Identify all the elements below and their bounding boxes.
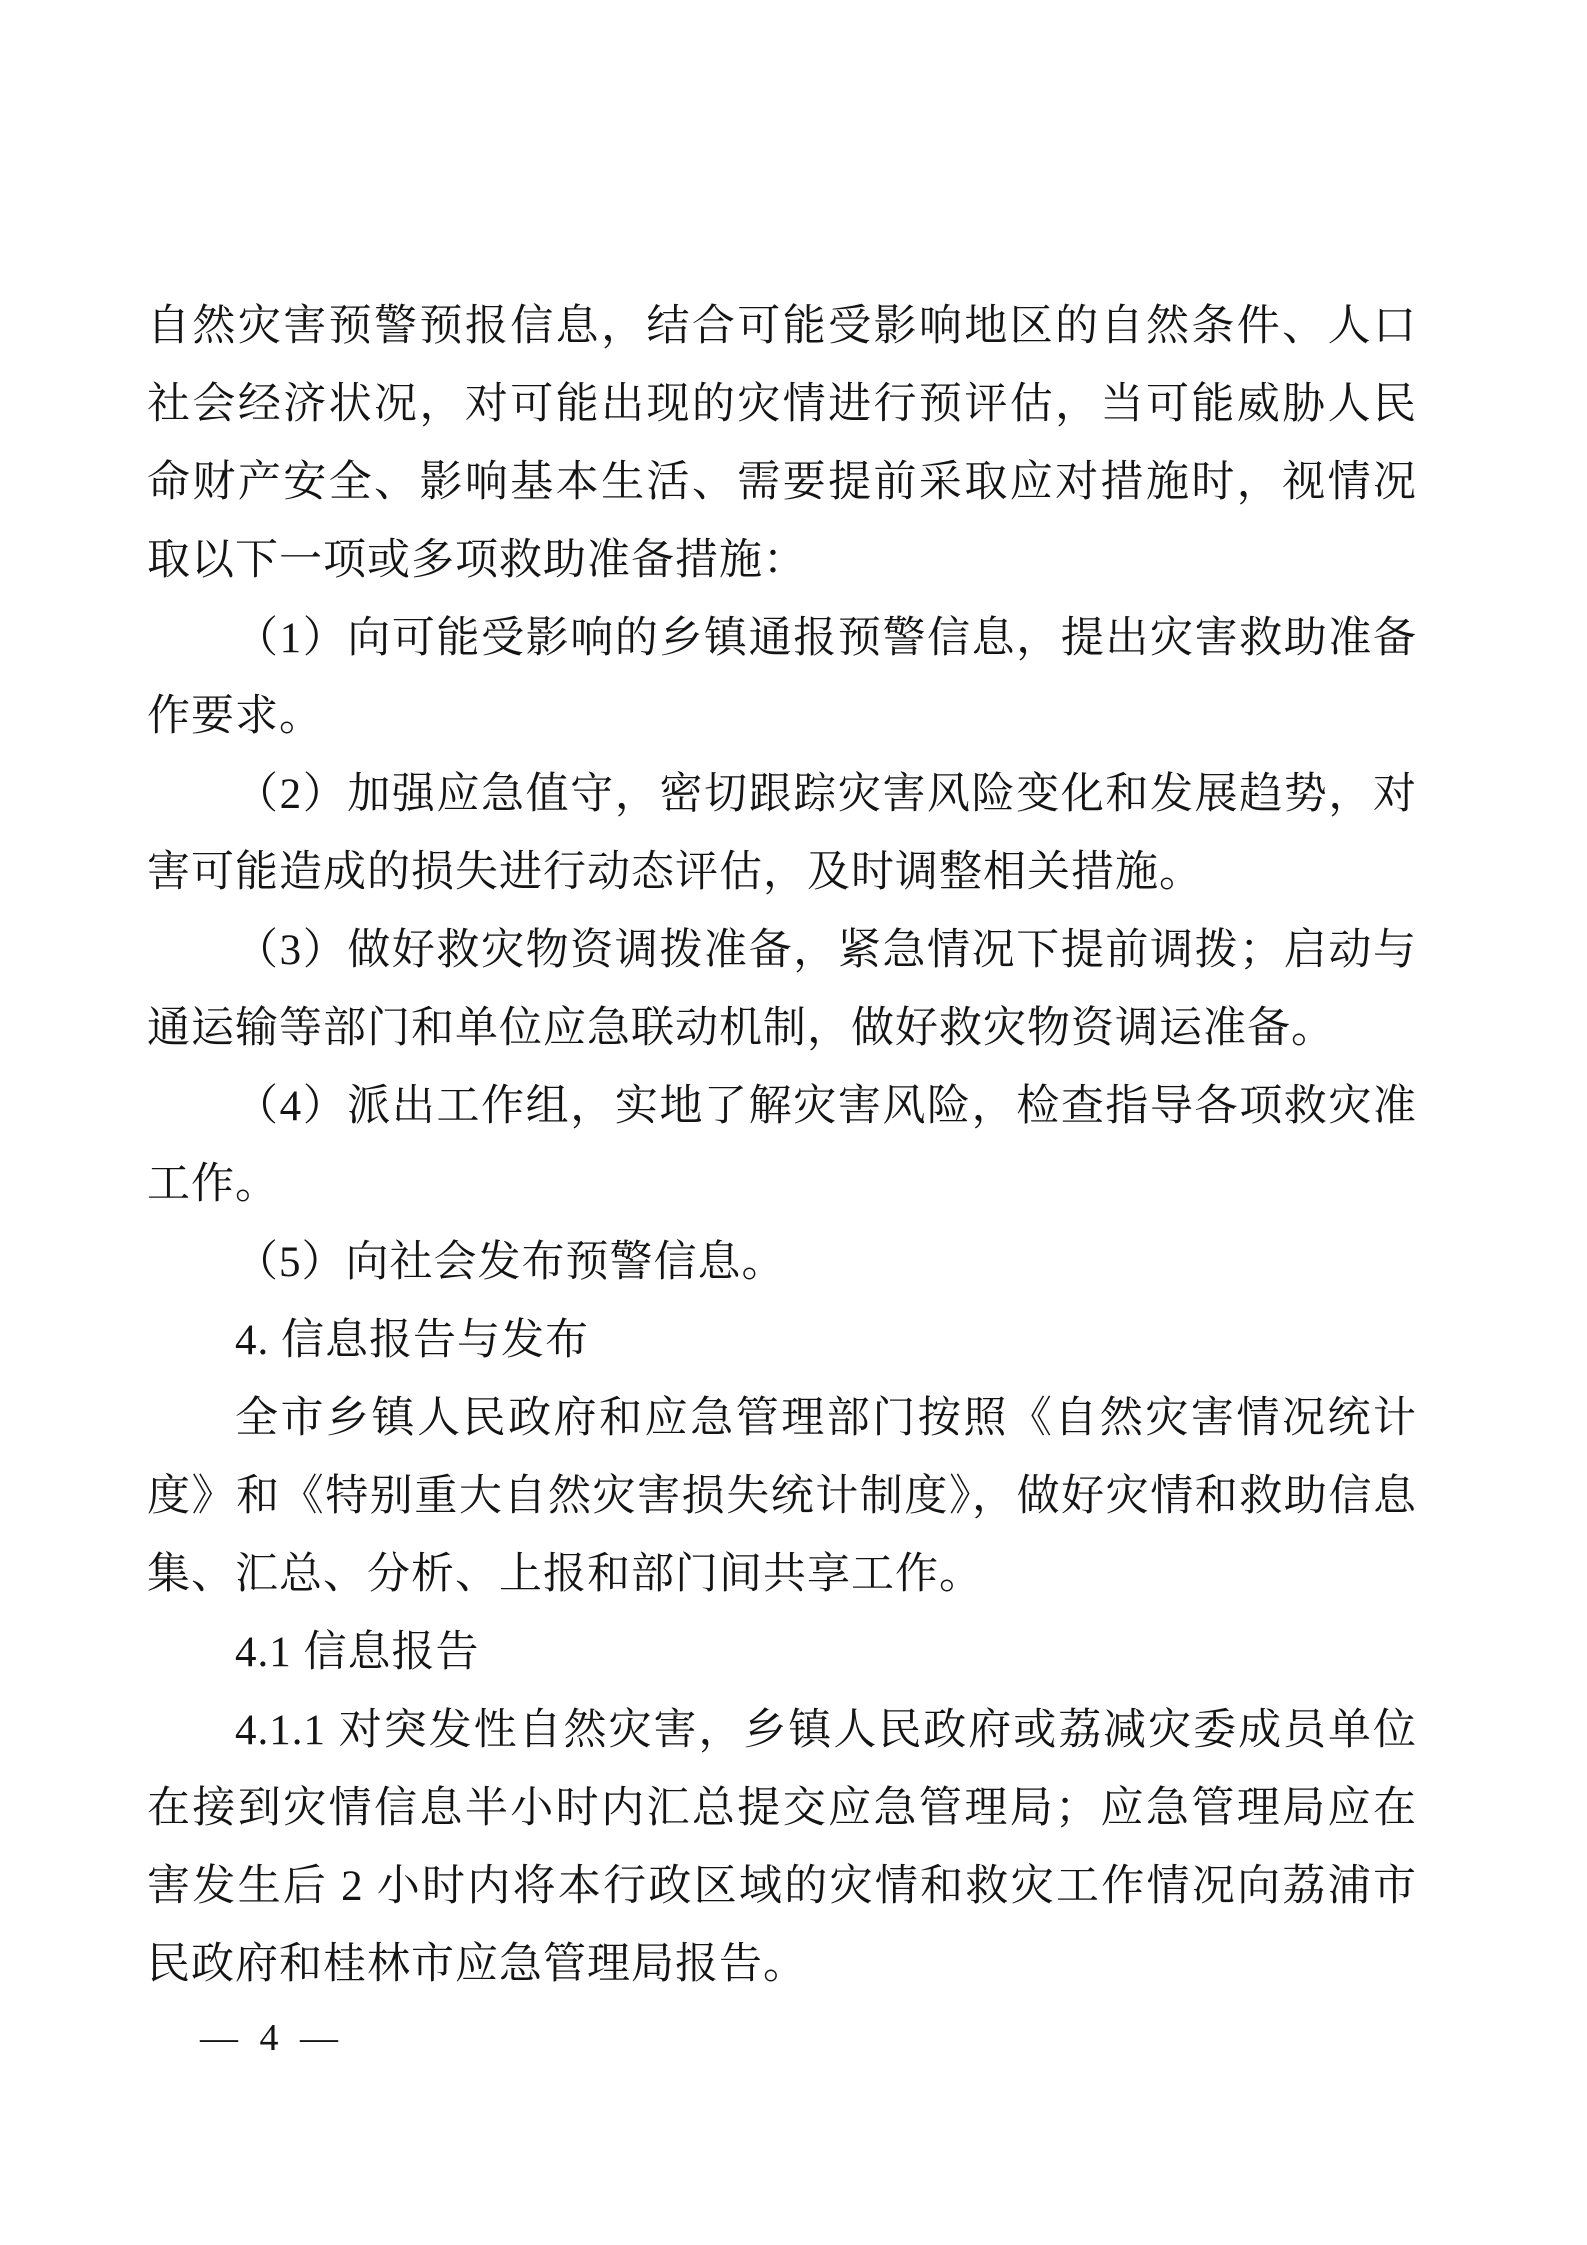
document-line: 害可能造成的损失进行动态评估，及时调整相关措施。	[147, 834, 1417, 912]
document-line: 作要求。	[147, 678, 1417, 756]
document-line: 在接到灾情信息半小时内汇总提交应急管理局；应急管理局应在灾	[147, 1770, 1417, 1848]
document-line: 害发生后 2 小时内将本行政区域的灾情和救灾工作情况向荔浦市人	[147, 1848, 1417, 1926]
document-line: （1）向可能受影响的乡镇通报预警信息，提出灾害救助准备工	[147, 600, 1417, 678]
document-line: 取以下一项或多项救助准备措施：	[147, 522, 1417, 600]
document-line: 全市乡镇人民政府和应急管理部门按照《自然灾害情况统计制	[147, 1380, 1417, 1458]
document-line: 社会经济状况，对可能出现的灾情进行预评估，当可能威胁人民生	[147, 366, 1417, 444]
document-line: 命财产安全、影响基本生活、需要提前采取应对措施时，视情况采	[147, 444, 1417, 522]
document-line: 4.1.1 对突发性自然灾害，乡镇人民政府或荔减灾委成员单位应	[147, 1692, 1417, 1770]
document-body: 自然灾害预警预报信息，结合可能受影响地区的自然条件、人口和社会经济状况，对可能出…	[147, 288, 1417, 2004]
document-line: 自然灾害预警预报信息，结合可能受影响地区的自然条件、人口和	[147, 288, 1417, 366]
document-line: （3）做好救灾物资调拨准备，紧急情况下提前调拨；启动与交	[147, 912, 1417, 990]
document-line: 集、汇总、分析、上报和部门间共享工作。	[147, 1536, 1417, 1614]
document-line: （2）加强应急值守，密切跟踪灾害风险变化和发展趋势，对灾	[147, 756, 1417, 834]
document-line: 工作。	[147, 1146, 1417, 1224]
document-line: 民政府和桂林市应急管理局报告。	[147, 1926, 1417, 2004]
document-line: 度》和《特别重大自然灾害损失统计制度》，做好灾情和救助信息收	[147, 1458, 1417, 1536]
document-page: 自然灾害预警预报信息，结合可能受影响地区的自然条件、人口和社会经济状况，对可能出…	[0, 0, 1587, 2245]
document-line: 4. 信息报告与发布	[147, 1302, 1417, 1380]
page-number: — 4 —	[200, 2008, 344, 2068]
document-line: （5）向社会发布预警信息。	[147, 1224, 1417, 1302]
document-line: （4）派出工作组，实地了解灾害风险，检查指导各项救灾准备	[147, 1068, 1417, 1146]
document-line: 通运输等部门和单位应急联动机制，做好救灾物资调运准备。	[147, 990, 1417, 1068]
document-line: 4.1 信息报告	[147, 1614, 1417, 1692]
